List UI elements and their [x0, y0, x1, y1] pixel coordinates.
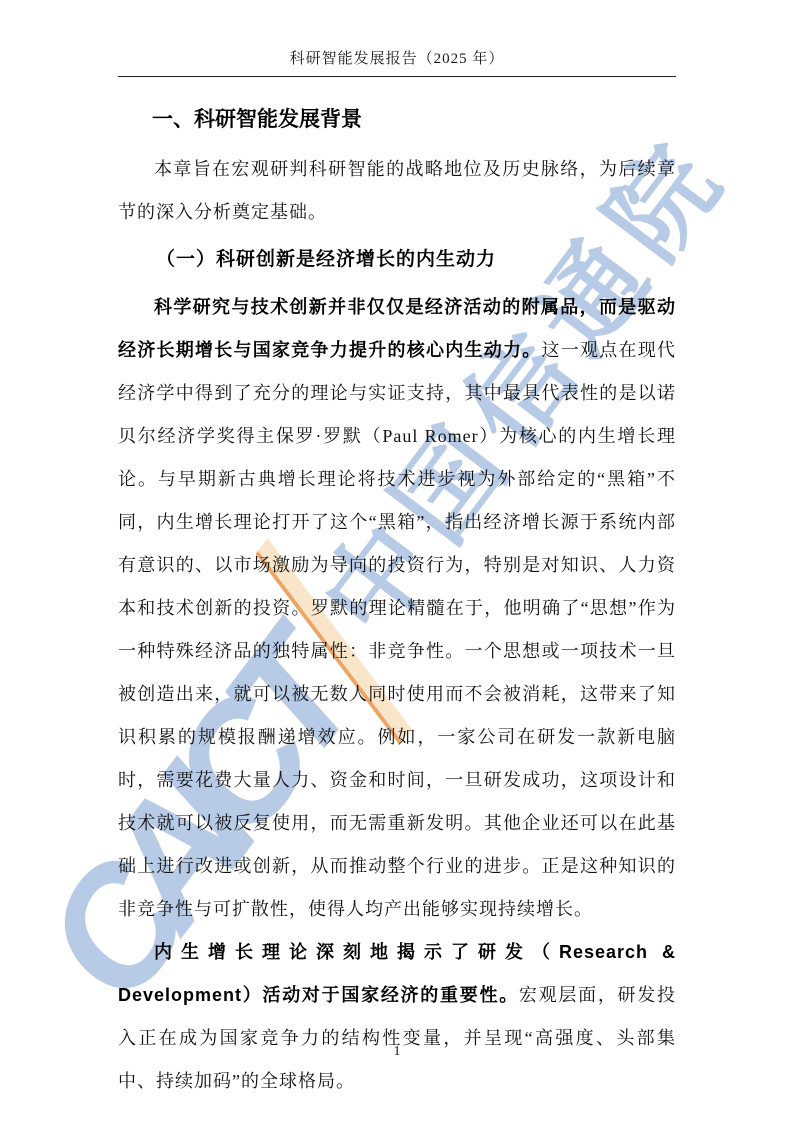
page-footer: 1	[0, 1044, 794, 1060]
paragraph-rd-importance: 内生增长理论深刻地揭示了研发（Research & Development）活动…	[118, 931, 676, 1103]
section-heading: 一、科研智能发展背景	[152, 106, 676, 134]
paragraph-endogenous-growth-body: 这一观点在现代经济学中得到了充分的理论与实证支持，其中最具代表性的是以诺贝尔经济…	[118, 340, 676, 919]
document-page: 科研智能发展报告（2025 年） CAICT 中国信通院 一、科研智能发展背景 …	[0, 0, 794, 1123]
document-body: 一、科研智能发展背景 本章旨在宏观研判科研智能的战略地位及历史脉络，为后续章节的…	[118, 96, 676, 1103]
intro-paragraph: 本章旨在宏观研判科研智能的战略地位及历史脉络，为后续章节的深入分析奠定基础。	[118, 148, 676, 234]
running-header: 科研智能发展报告（2025 年）	[118, 50, 676, 77]
paragraph-endogenous-growth: 科学研究与技术创新并非仅仅是经济活动的附属品，而是驱动经济长期增长与国家竞争力提…	[118, 286, 676, 931]
subsection-heading: （一）科研创新是经济增长的内生动力	[118, 244, 676, 276]
page-number: 1	[394, 1044, 401, 1059]
